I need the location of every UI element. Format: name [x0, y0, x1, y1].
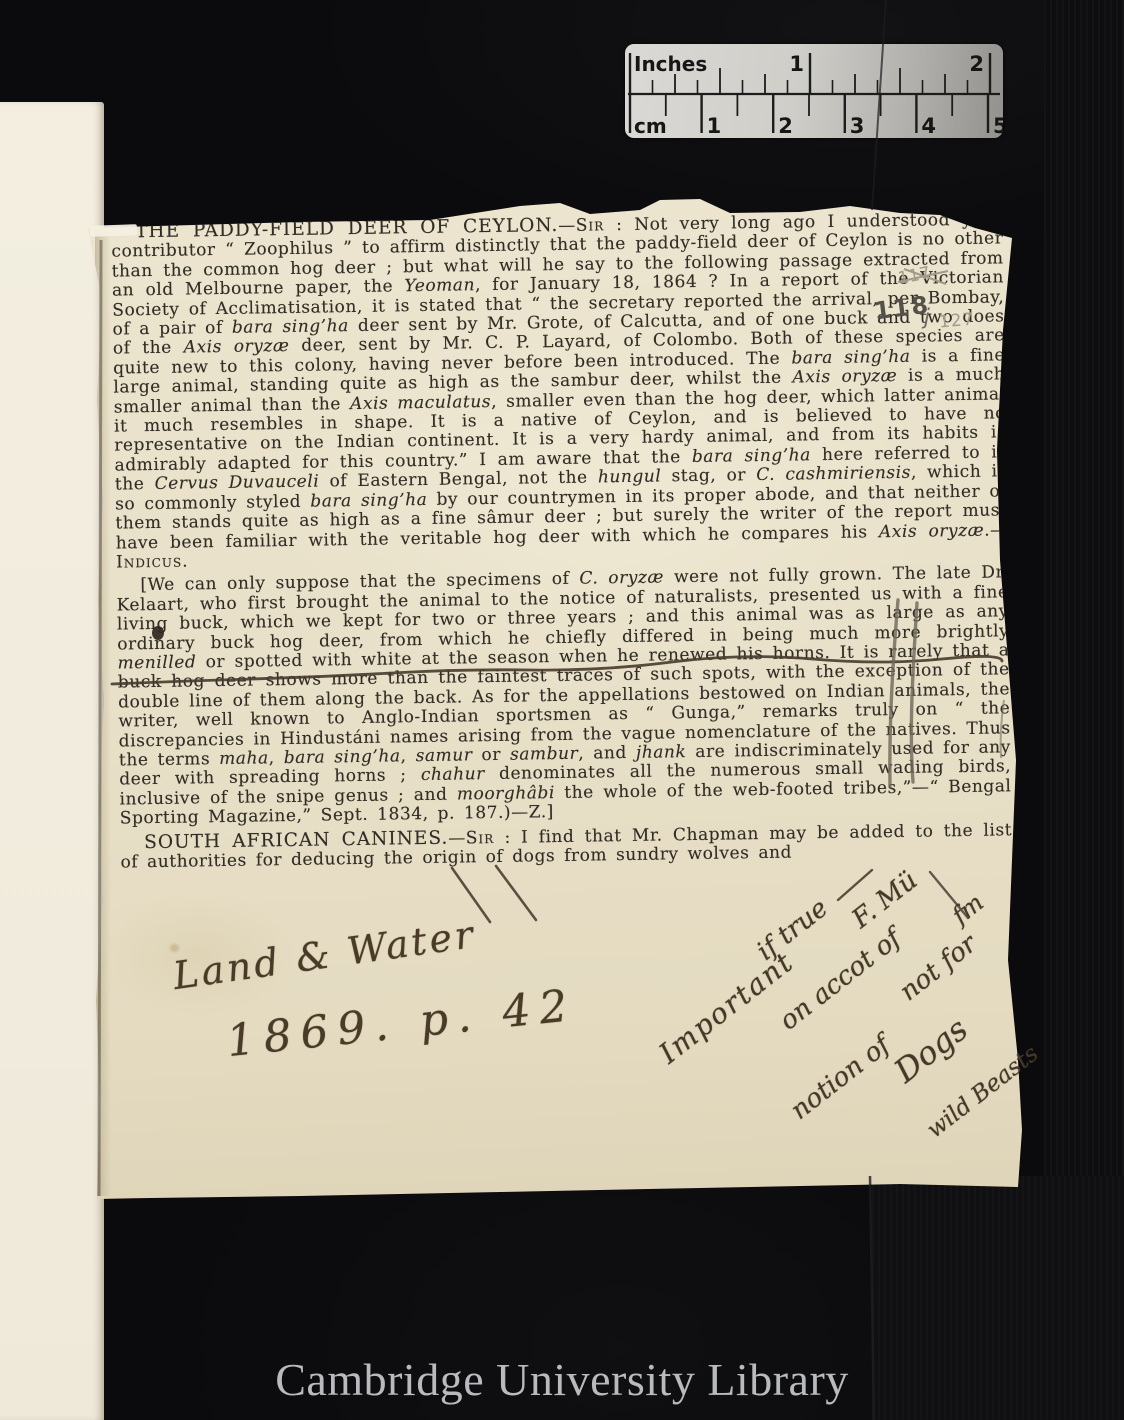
handwriting-fragment: Important — [653, 945, 800, 1070]
handwriting-fragment: not for — [894, 929, 982, 1007]
ruler-scale: 1212345 Inches cm — [625, 44, 1003, 138]
handwritten-diagonal-note: if trueF. MüfmImportanton accot ofnot fo… — [630, 855, 1060, 1160]
foxing-spot — [170, 944, 179, 952]
pencil-faint-number: 127 — [938, 309, 975, 332]
clipping-paragraph: THE PADDY-FIELD DEER OF CEYLON.—Sir : No… — [111, 209, 1008, 573]
handwriting-fragment: F. Mü — [847, 865, 924, 934]
ruler-cm-label: cm — [634, 114, 667, 138]
ruler-numeral: 1 — [707, 114, 722, 138]
paper-sliver — [90, 224, 137, 237]
ruler-numeral: 4 — [921, 114, 936, 138]
handwriting-fragment: Dogs — [887, 1010, 975, 1090]
pencil-folio-letter: j — [924, 305, 930, 329]
handwriting-fragment: fm — [947, 888, 989, 930]
library-watermark: Cambridge University Library — [0, 1353, 1124, 1406]
handwriting-fragment: notion of — [785, 1030, 896, 1126]
ruler-numeral: 2 — [778, 114, 793, 138]
ruler-numeral: 3 — [850, 114, 865, 138]
ruler-numeral: 5 — [993, 114, 1003, 138]
ruler-numeral: 1 — [789, 52, 804, 76]
clipping-paragraph: [We can only suppose that the specimens … — [116, 564, 1012, 829]
measurement-ruler: 1212345 Inches cm — [625, 44, 1003, 138]
album-page-edge — [0, 102, 104, 1420]
ruler-numeral: 2 — [969, 52, 984, 76]
ruler-inches-label: Inches — [634, 52, 707, 76]
scanned-document-photo: 1212345 Inches cm THE PADDY-FIELD DEER O… — [0, 0, 1124, 1420]
